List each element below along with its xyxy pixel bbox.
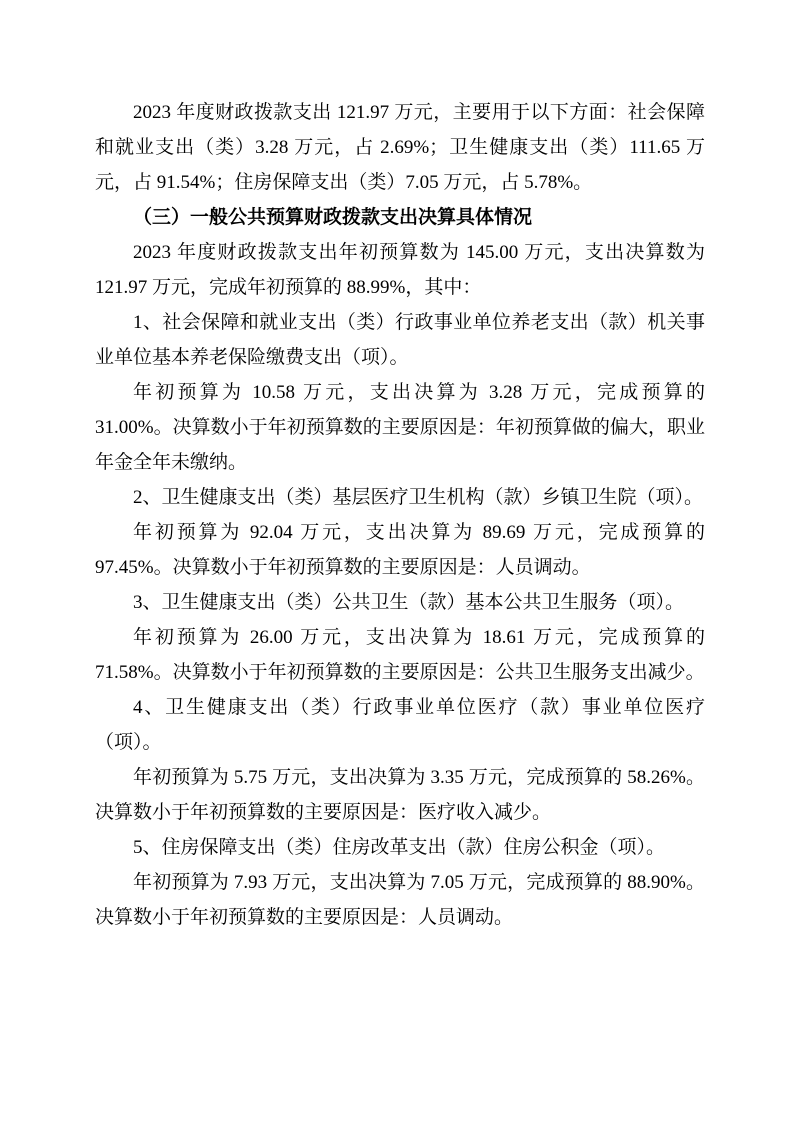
- document-content: 2023 年度财政拨款支出 121.97 万元，主要用于以下方面：社会保障和就业…: [95, 95, 705, 935]
- para-budget-vs-final: 2023 年度财政拨款支出年初预算数为 145.00 万元，支出决算数为 121…: [95, 235, 705, 305]
- item-5-title: 5、住房保障支出（类）住房改革支出（款）住房公积金（项）。: [95, 830, 705, 865]
- item-1-title: 1、社会保障和就业支出（类）行政事业单位养老支出（款）机关事业单位基本养老保险缴…: [95, 305, 705, 375]
- item-3-title: 3、卫生健康支出（类）公共卫生（款）基本公共卫生服务（项）。: [95, 585, 705, 620]
- section-heading: （三）一般公共预算财政拨款支出决算具体情况: [95, 200, 705, 235]
- item-4-detail: 年初预算为 5.75 万元，支出决算为 3.35 万元，完成预算的 58.26%…: [95, 760, 705, 830]
- item-3-detail: 年初预算为 26.00 万元，支出决算为 18.61 万元，完成预算的 71.5…: [95, 620, 705, 690]
- document-page: 2023 年度财政拨款支出 121.97 万元，主要用于以下方面：社会保障和就业…: [0, 0, 793, 1122]
- item-2-detail: 年初预算为 92.04 万元，支出决算为 89.69 万元，完成预算的 97.4…: [95, 515, 705, 585]
- item-4-title: 4、卫生健康支出（类）行政事业单位医疗（款）事业单位医疗（项）。: [95, 690, 705, 760]
- para-expenditure-overview: 2023 年度财政拨款支出 121.97 万元，主要用于以下方面：社会保障和就业…: [95, 95, 705, 200]
- item-2-title: 2、卫生健康支出（类）基层医疗卫生机构（款）乡镇卫生院（项）。: [95, 480, 705, 515]
- item-1-detail: 年初预算为 10.58 万元，支出决算为 3.28 万元，完成预算的 31.00…: [95, 375, 705, 480]
- item-5-detail: 年初预算为 7.93 万元，支出决算为 7.05 万元，完成预算的 88.90%…: [95, 865, 705, 935]
